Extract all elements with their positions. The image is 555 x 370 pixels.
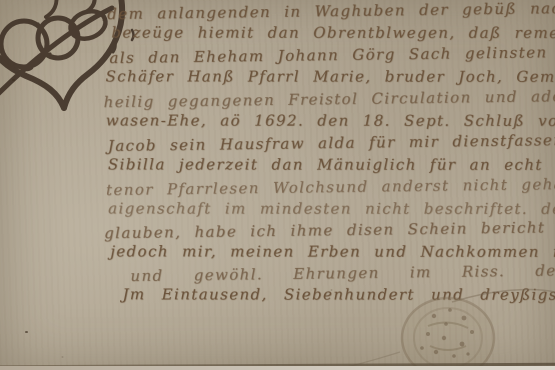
manuscript-line-dated-1692: wasen-Ehe, aö 1692. den 18. Sept. Schluß… bbox=[106, 111, 555, 129]
manuscript-line: aigenschaft im mindesten nicht beschrift… bbox=[108, 199, 555, 217]
manuscript-line: tenor Pfarrlesen Wolchsund anderst nicht… bbox=[106, 174, 555, 199]
manuscript-line: heilig gegangenen Freistol Circulation u… bbox=[104, 86, 555, 111]
ink-speck bbox=[25, 331, 28, 333]
manuscript-line: jedoch mir, meinen Erben und Nachkommen … bbox=[110, 242, 555, 260]
backing-surface bbox=[0, 366, 555, 370]
manuscript-line: dem anlangenden in Waghuben der gebüß na… bbox=[107, 0, 555, 23]
manuscript-photo: dem anlangenden in Waghuben der gebüß na… bbox=[0, 0, 555, 370]
manuscript-line: glauben, habe ich ihme disen Schein beri… bbox=[104, 217, 555, 242]
embossed-seal bbox=[398, 296, 498, 370]
manuscript-line: Sibilla jederzeit dan Mänuiglich für an … bbox=[108, 155, 555, 173]
manuscript-line: Schäfer Hanß Pfarrl Marie, bruder Joch, … bbox=[106, 67, 555, 85]
manuscript-line: Jacob sein Hausfraw alda für mir dienstf… bbox=[108, 130, 555, 155]
manuscript-line: und gewöhl. Ehrungen im Riss. dem Zweyte… bbox=[130, 260, 555, 285]
manuscript-line: bezeüge hiemit dan Obrentblwegen, daß re… bbox=[111, 24, 555, 42]
manuscript-line: als dan Eheham Johann Görg Sach gelinste… bbox=[109, 42, 555, 67]
